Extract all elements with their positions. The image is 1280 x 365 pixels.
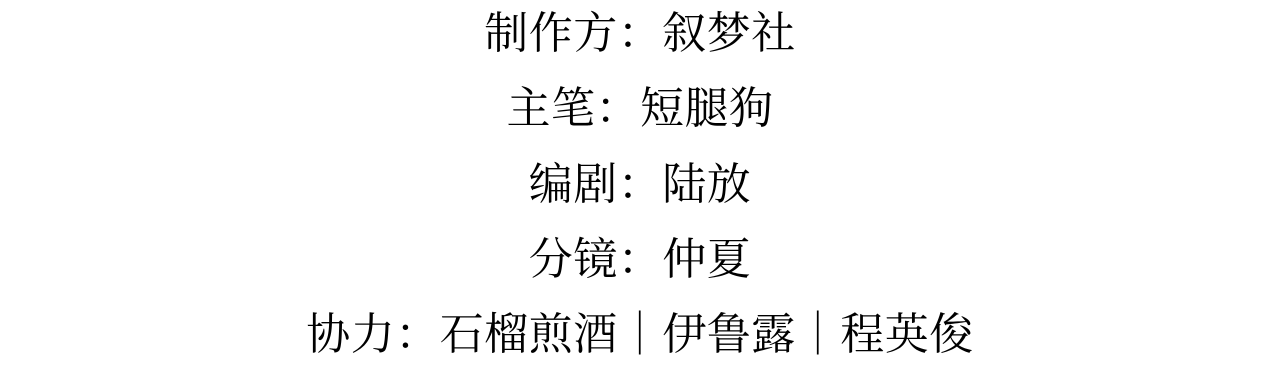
credit-name-value: 石榴煎酒｜伊鲁露｜程英俊 xyxy=(440,310,974,359)
credit-role-label: 制作方： xyxy=(484,9,662,58)
credit-name-value: 叙梦社 xyxy=(662,9,796,58)
credit-name-value: 短腿狗 xyxy=(640,84,774,133)
credit-name-value: 陆放 xyxy=(662,160,751,209)
credit-line-storyboard: 分镜：仲夏 xyxy=(529,238,752,282)
credit-role-label: 协力： xyxy=(306,310,440,359)
credit-line-screenwriter: 编剧：陆放 xyxy=(529,163,752,207)
credit-role-label: 主笔： xyxy=(507,84,641,133)
credit-name-value: 仲夏 xyxy=(662,235,751,284)
credits-page: 制作方：叙梦社 主笔：短腿狗 编剧：陆放 分镜：仲夏 协力：石榴煎酒｜伊鲁露｜程… xyxy=(0,0,1280,365)
credit-line-producer: 制作方：叙梦社 xyxy=(484,12,796,56)
credit-role-label: 编剧： xyxy=(529,160,663,209)
credit-role-label: 分镜： xyxy=(529,235,663,284)
credit-line-lead-artist: 主笔：短腿狗 xyxy=(507,87,774,131)
credit-line-assistance: 协力：石榴煎酒｜伊鲁露｜程英俊 xyxy=(306,313,974,357)
